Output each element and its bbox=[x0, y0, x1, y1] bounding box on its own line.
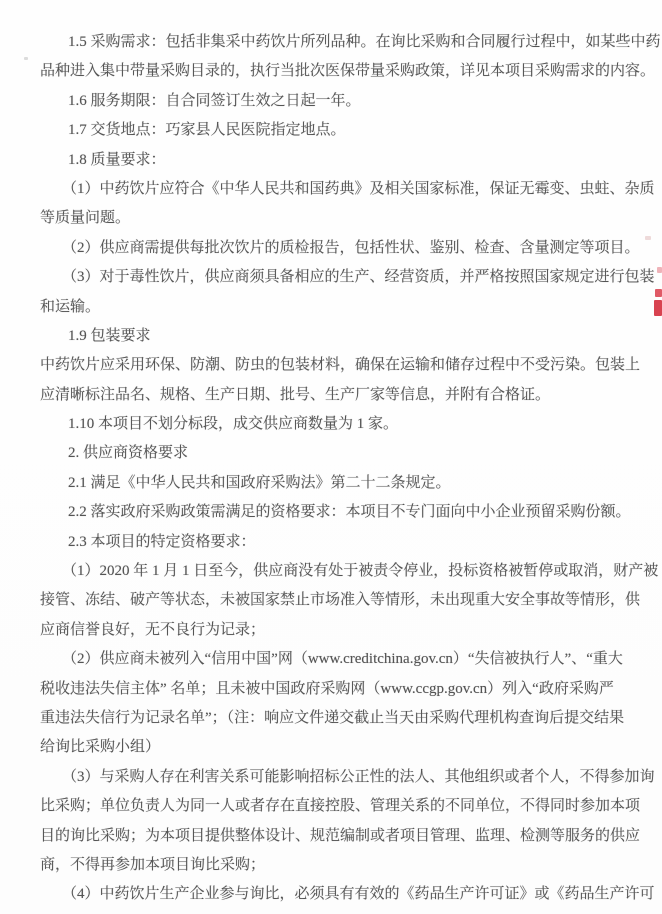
text-line: 接管、冻结、破产等状态，未被国家禁止市场准入等情形，未出现重大安全事故等情形，供 bbox=[40, 586, 632, 615]
text-line: 给询比采购小组） bbox=[40, 733, 632, 762]
text-line: 1.6 服务期限：自合同签订生效之日起一年。 bbox=[40, 87, 632, 116]
text-line: 重违法失信行为记录名单”；（注：响应文件递交截止当天由采购代理机构查询后提交结果 bbox=[40, 704, 632, 733]
text-line: 2.2 落实政府采购政策需满足的资格要求：本项目不专门面向中小企业预留采购份额。 bbox=[40, 498, 632, 527]
red-seal-fragment bbox=[655, 289, 662, 297]
text-line: 2. 供应商资格要求 bbox=[40, 439, 632, 468]
text-line: （4）中药饮片生产企业参与询比，必须具有有效的《药品生产许可证》或《药品生产许可 bbox=[40, 880, 632, 909]
text-line: 品种进入集中带量采购目录的，执行当批次医保带量采购政策，详见本项目采购需求的内容… bbox=[40, 57, 632, 86]
text-line: （2）供应商需提供每批次饮片的质检报告，包括性状、鉴别、检查、含量测定等项目。 bbox=[40, 234, 632, 263]
text-line: 目的询比采购；为本项目提供整体设计、规范编制或者项目管理、监理、检测等服务的供应 bbox=[40, 822, 632, 851]
text-line: 2.3 本项目的特定资格要求： bbox=[40, 528, 632, 557]
scan-speck bbox=[645, 236, 651, 240]
text-line: 2.1 满足《中华人民共和国政府采购法》第二十二条规定。 bbox=[40, 469, 632, 498]
text-line: 税收违法失信主体” 名单；且未被中国政府采购网（www.ccgp.gov.cn）… bbox=[40, 675, 632, 704]
text-line: 等质量问题。 bbox=[40, 204, 632, 233]
scan-speck bbox=[24, 57, 28, 60]
scanned-document-page: 1.5 采购需求：包括非集采中药饮片所列品种。在询比采购和合同履行过程中，如某些… bbox=[0, 0, 662, 914]
red-seal-fragment bbox=[657, 267, 662, 273]
text-line: 和运输。 bbox=[40, 293, 632, 322]
text-line: 1.9 包装要求 bbox=[40, 322, 632, 351]
text-line: 中药饮片应采用环保、防潮、防虫的包装材料，确保在运输和储存过程中不受污染。包装上 bbox=[40, 351, 632, 380]
text-line: 比采购；单位负责人为同一人或者存在直接控股、管理关系的不同单位，不得同时参加本项 bbox=[40, 792, 632, 821]
text-line: （1）中药饮片应符合《中华人民共和国药典》及相关国家标准，保证无霉变、虫蛀、杂质 bbox=[40, 175, 632, 204]
red-seal-fragment bbox=[654, 300, 662, 316]
text-line: （3）对于毒性饮片，供应商须具备相应的生产、经营资质，并严格按照国家规定进行包装 bbox=[40, 263, 632, 292]
text-line: 应清晰标注品名、规格、生产日期、批号、生产厂家等信息，并附有合格证。 bbox=[40, 381, 632, 410]
text-line: 1.5 采购需求：包括非集采中药饮片所列品种。在询比采购和合同履行过程中，如某些… bbox=[40, 28, 632, 57]
text-line: 1.10 本项目不划分标段，成交供应商数量为 1 家。 bbox=[40, 410, 632, 439]
text-line: 商，不得再参加本项目询比采购； bbox=[40, 851, 632, 880]
text-line: 应商信誉良好，无不良行为记录； bbox=[40, 616, 632, 645]
text-line: （1）2020 年 1 月 1 日至今，供应商没有处于被责令停业，投标资格被暂停… bbox=[40, 557, 632, 586]
text-line: （3）与采购人存在利害关系可能影响招标公正性的法人、其他组织或者个人，不得参加询 bbox=[40, 763, 632, 792]
text-line: 1.8 质量要求： bbox=[40, 146, 632, 175]
text-line: 1.7 交货地点：巧家县人民医院指定地点。 bbox=[40, 116, 632, 145]
text-line: （2）供应商未被列入“信用中国”网（www.creditchina.gov.cn… bbox=[40, 645, 632, 674]
document-body: 1.5 采购需求：包括非集采中药饮片所列品种。在询比采购和合同履行过程中，如某些… bbox=[40, 28, 632, 910]
